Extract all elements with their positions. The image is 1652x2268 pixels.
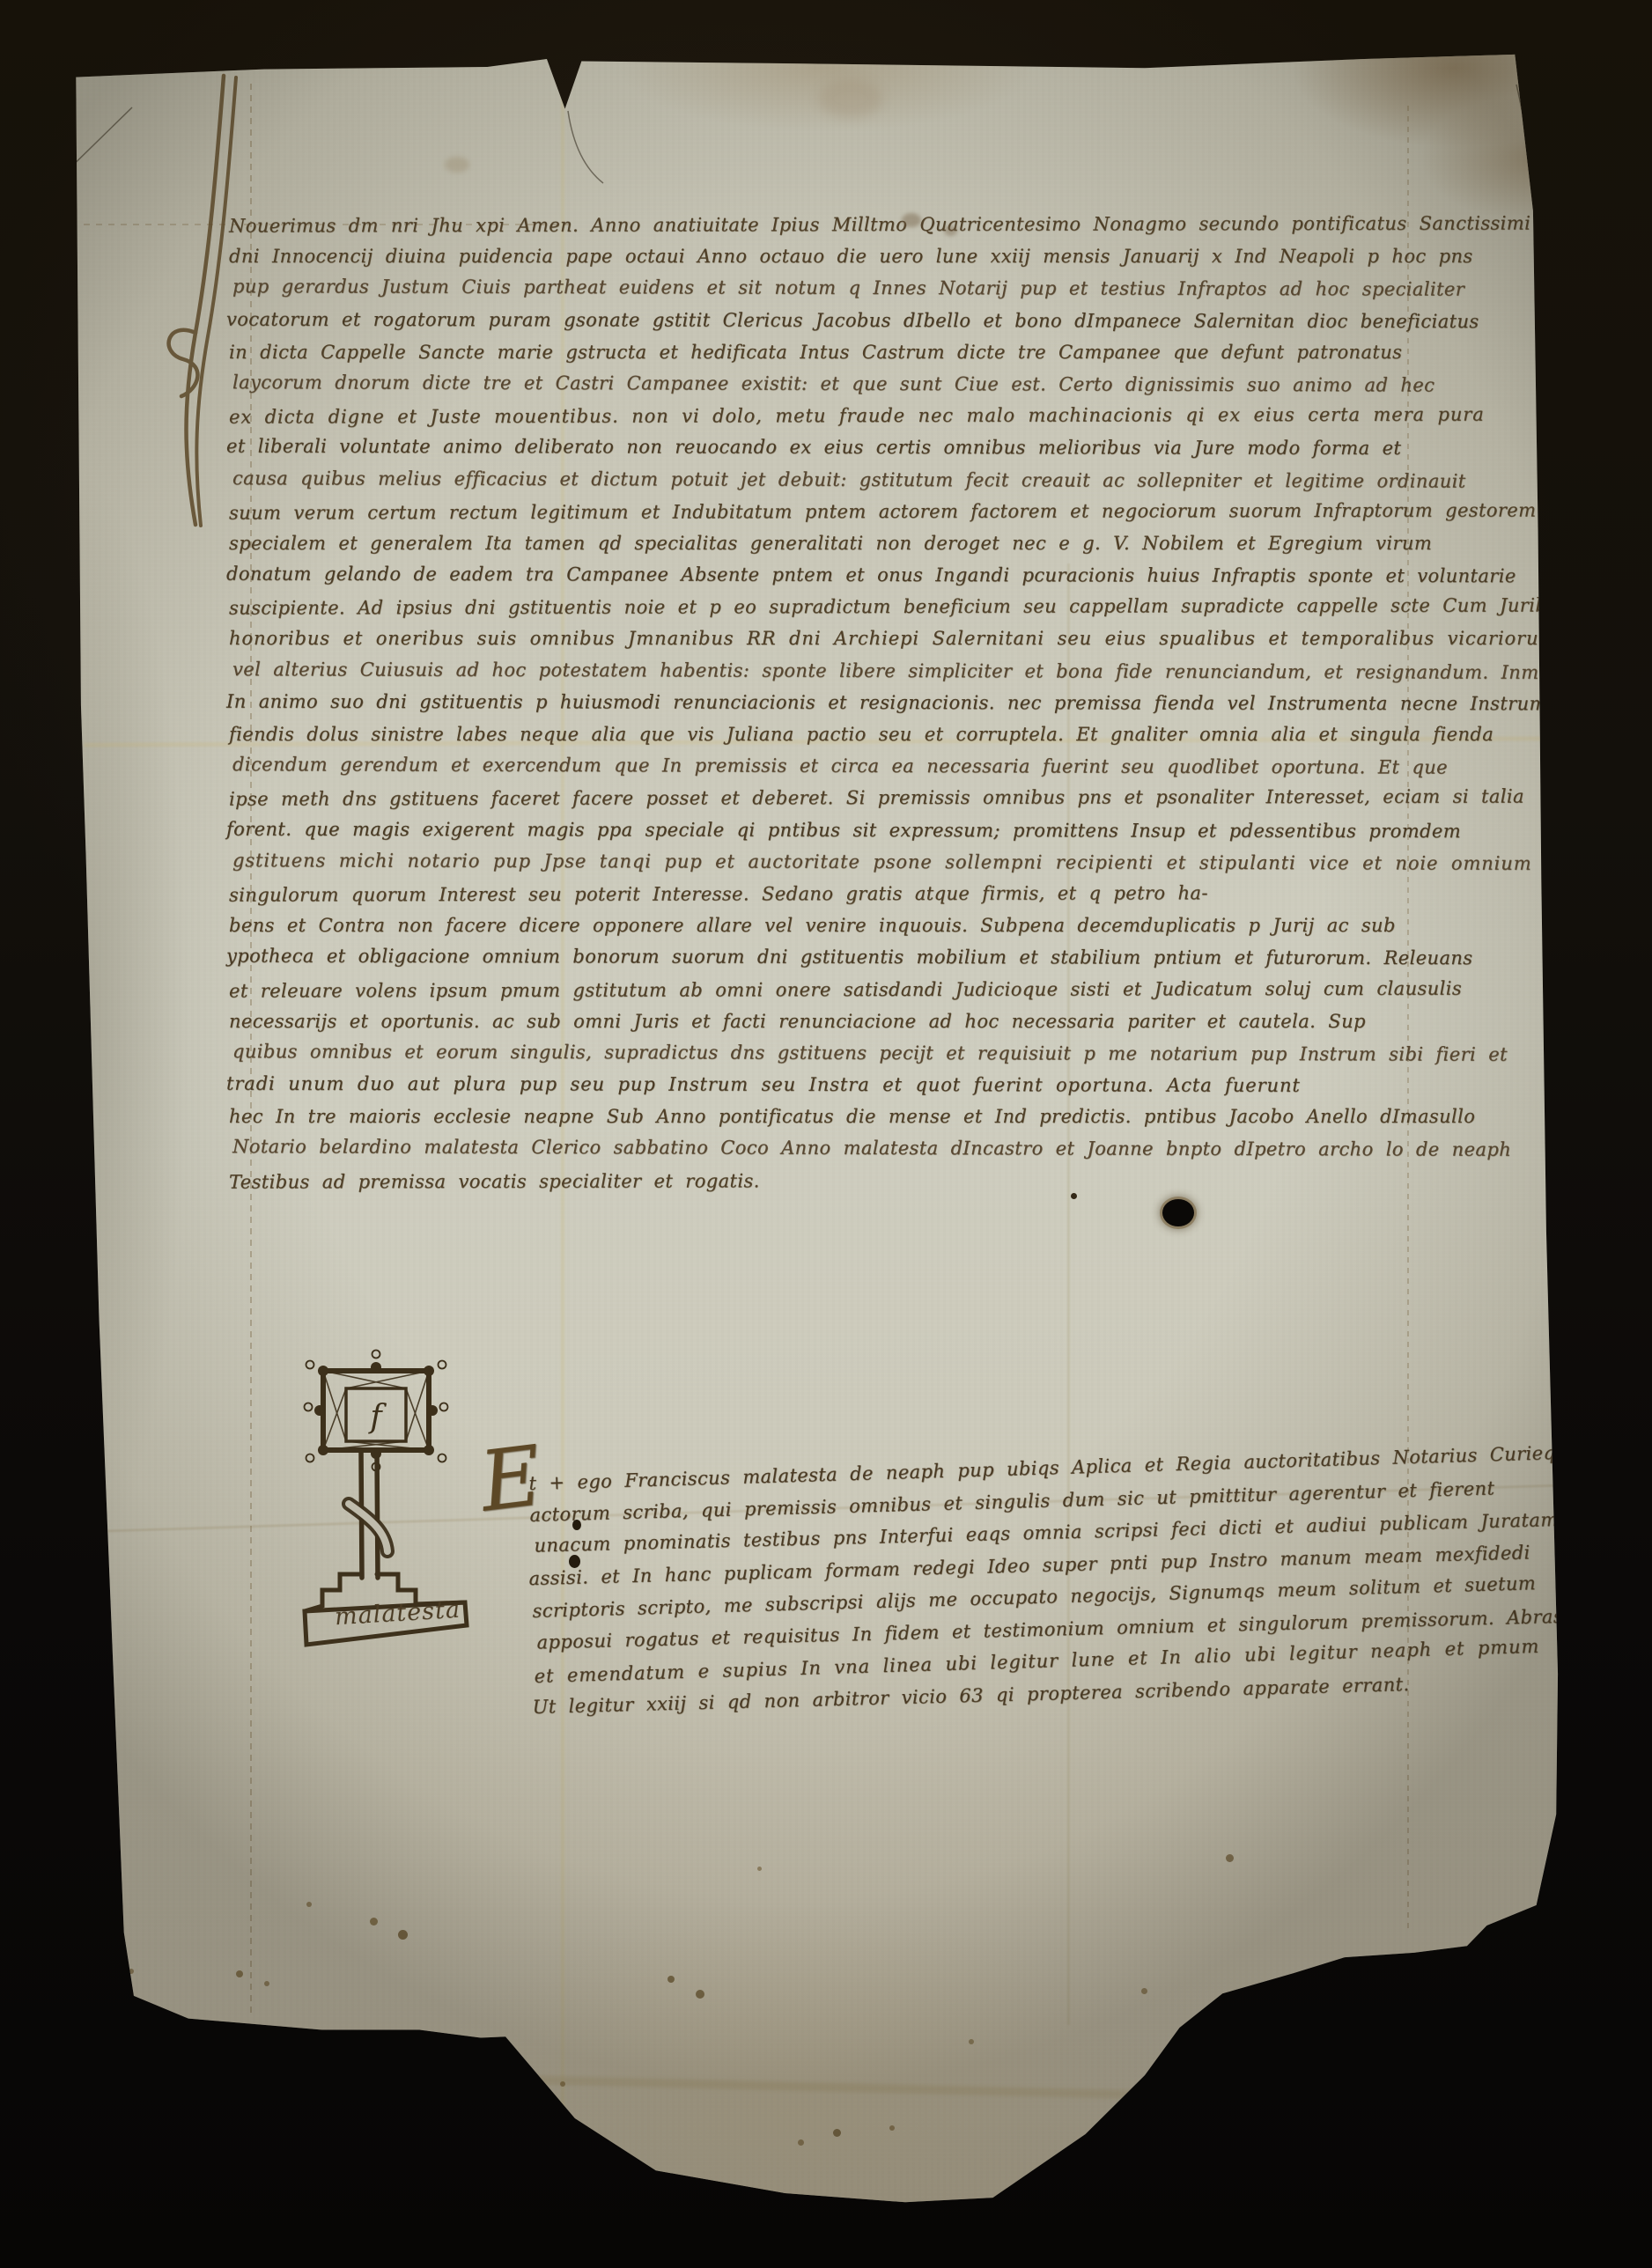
manuscript-line: Testibus ad premissa vocatis specialiter… [229,1163,1567,1197]
manuscript-line: tradi unum duo aut plura pup seu pup Ins… [226,1068,1565,1102]
manuscript-line: vel alterius Cuiusuis ad hoc potestatem … [232,653,1571,688]
manuscript-line: dni Innocencij diuina puidencia pape oct… [229,240,1567,272]
manuscript-line: ex dicta digne et Juste mouentibus. non … [229,399,1567,433]
manuscript-line: fiendis dolus sinistre labes neque alia … [229,718,1567,750]
manuscript-line: forent. que magis exigerent magis ppa sp… [226,813,1565,847]
manuscript-line: in dicta Cappelle Sancte marie gstructa … [229,336,1567,368]
manuscript-line: donatum gelando de eadem tra Campanee Ab… [226,558,1565,593]
notary-monogram: f [367,1399,387,1435]
manuscript-line: singulorum quorum Interest seu poterit I… [229,876,1567,910]
manuscript-line: gstituens michi notario pup Jpse tanqi p… [232,844,1571,880]
manuscript-line: necessarijs et oportunis. ac sub omni Ju… [229,1005,1567,1037]
manuscript-line: hec In tre maioris ecclesie neapne Sub A… [229,1101,1567,1132]
manuscript-line: suum verum certum rectum legitimum et In… [229,494,1567,528]
manuscript-line: laycorum dnorum dicte tre et Castri Camp… [232,366,1571,401]
manuscript-line: ipse meth dns gstituens faceret facere p… [229,781,1567,815]
manuscript-line: et releuare volens ipsum pmum gstitutum … [229,972,1567,1006]
manuscript-line: vocatorum et rogatorum puram gsonate gst… [226,303,1565,337]
manuscript-line: suscipiente. Ad ipsius dni gstituentis n… [229,590,1567,624]
parchment-hole [1162,1199,1194,1226]
subscription-block: t + ego Franciscus malatesta de neaph pu… [528,1441,1460,1724]
manuscript-line: honoribus et oneribus suis omnibus Jmnan… [229,622,1567,654]
manuscript-line: quibus omnibus et eorum singulis, suprad… [232,1035,1571,1071]
manuscript-line: ypotheca et obligacione omnium bonorum s… [226,940,1565,975]
manuscript-line: pup gerardus Justum Ciuis partheat euide… [232,271,1571,306]
manuscript-line: specialem et generalem Ita tamen qd spec… [229,527,1567,559]
parchment-sheet: Nouerimus dm nri Jhu xpi Amen. Anno anat… [0,0,1652,2268]
manuscript-line: In animo suo dni gstituentis p huiusmodi… [226,685,1565,719]
manuscript-photo: Nouerimus dm nri Jhu xpi Amen. Anno anat… [0,0,1652,2268]
manuscript-line: causa quibus melius efficacius et dictum… [232,462,1571,497]
manuscript-line: et liberali voluntate animo deliberato n… [226,431,1565,465]
manuscript-line: dicendum gerendum et exercendum que In p… [232,748,1571,784]
manuscript-line: bens et Contra non facere dicere opponer… [229,909,1567,941]
manuscript-line: Notario belardino malatesta Clerico sabb… [232,1131,1571,1167]
manuscript-line: Nouerimus dm nri Jhu xpi Amen. Anno anat… [229,207,1567,241]
main-text-block: Nouerimus dm nri Jhu xpi Amen. Anno anat… [229,209,1567,1197]
foxing-spot [520,2069,526,2075]
